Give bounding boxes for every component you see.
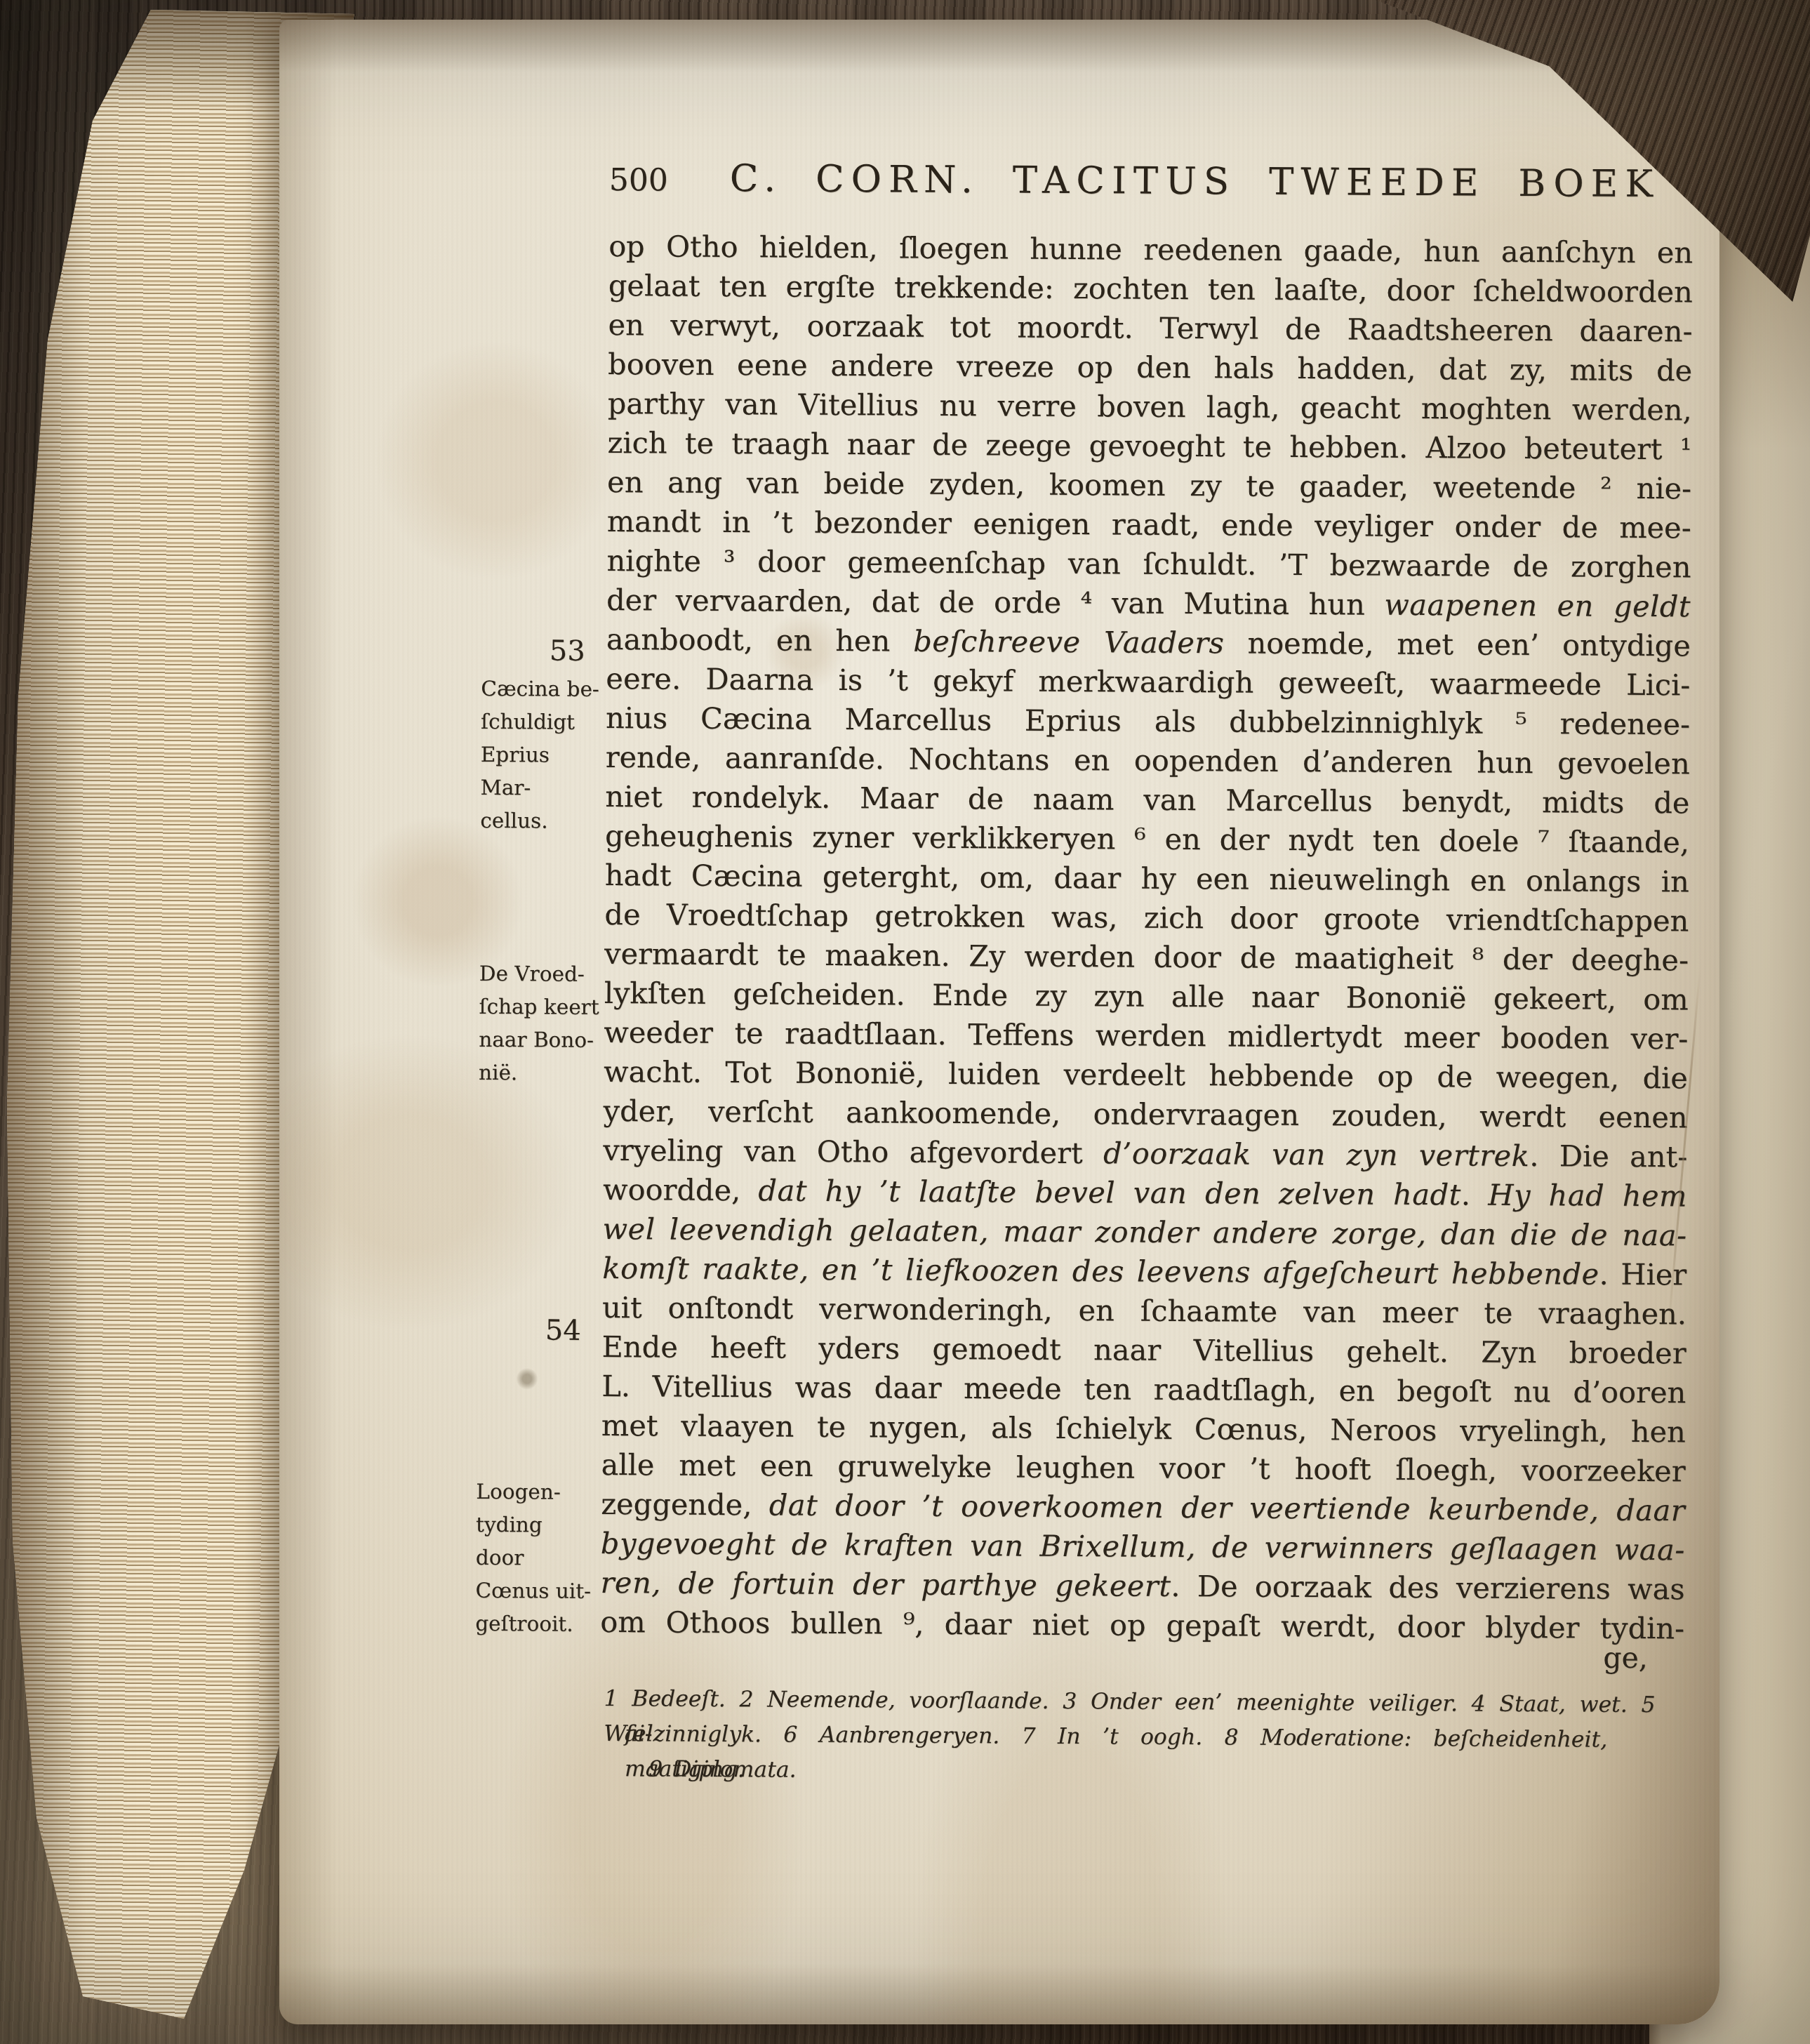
text-line: nius Cæcina Marcellus Eprius als dubbelz… (606, 698, 1690, 744)
text-segment: nius Cæcina Marcellus Eprius als dubbelz… (606, 701, 1690, 741)
text-line: hadt Cæcina geterght, om, daar hy een ni… (605, 856, 1689, 901)
text-line: weeder te raadtſlaan. Teffens werden mid… (604, 1013, 1688, 1058)
text-segment: zeggende, (601, 1487, 769, 1522)
text-segment: hadt Cæcina geterght, om, daar hy een ni… (605, 858, 1689, 898)
book-page: 500C. CORN. TACITUS TWEEDE BOEK 53 Cæcin… (279, 20, 1719, 2024)
page-header: 500C. CORN. TACITUS TWEEDE BOEK (608, 157, 1693, 226)
page-number: 500 (609, 162, 668, 199)
text-segment: vryeling van Otho afgevordert (603, 1133, 1103, 1170)
text-line: L. Vitellius was daar meede ten raadtſla… (601, 1367, 1686, 1412)
margin-note-line: nië. (479, 1056, 599, 1090)
text-segment: yder, verſcht aankoomende, ondervraagen … (604, 1094, 1688, 1134)
text-line: wel leevendigh gelaaten, maar zonder and… (602, 1209, 1686, 1255)
catchword: ge, (1603, 1641, 1648, 1675)
margin-note-line: Loogen- (476, 1475, 597, 1509)
margin-note-line: ſchap keert (479, 990, 599, 1024)
margin-note-vroedschap: De Vroed-ſchap keertnaar Bono-nië. (479, 957, 600, 1090)
printed-text-area: 500C. CORN. TACITUS TWEEDE BOEK 53 Cæcin… (599, 157, 1693, 1918)
text-line: met vlaayen te nygen, als ſchielyk Cœnus… (601, 1406, 1686, 1452)
text-segment: Ende heeft yders gemoedt naar Vitellius … (601, 1329, 1686, 1370)
text-line: op Otho hielden, ſloegen hunne reedenen … (608, 227, 1693, 272)
italic-segment: Hy had hem (1488, 1178, 1687, 1214)
text-line: booven eene andere vreeze op den hals ha… (608, 345, 1692, 390)
running-title: C. CORN. TACITUS TWEEDE BOEK (730, 157, 1661, 206)
margin-note-line: ſchuldigt (481, 705, 601, 739)
text-segment: rende, aanranſde. Nochtans en oopenden d… (606, 740, 1690, 781)
text-line: ren, de fortuin der parthye gekeert. De … (600, 1563, 1684, 1609)
text-segment: met vlaayen te nygen, als ſchielyk Cœnus… (601, 1408, 1686, 1449)
text-line: mandt in ’t bezonder eenigen raadt, ende… (607, 502, 1691, 547)
italic-segment: wel leevendigh gelaaten, maar zonder and… (603, 1212, 1687, 1252)
book-photo: 500C. CORN. TACITUS TWEEDE BOEK 53 Cæcin… (0, 0, 1810, 2044)
margin-note-line: Eprius Mar- (480, 738, 601, 805)
text-segment: niet rondelyk. Maar de naam van Marcellu… (605, 779, 1689, 820)
text-line: aanboodt, en hen beſchreeve Vaaders noem… (606, 620, 1691, 665)
italic-segment: beſchreeve Vaaders (913, 624, 1225, 661)
text-segment: booven eene andere vreeze op den hals ha… (608, 347, 1692, 387)
margin-note-line: naar Bono- (479, 1023, 599, 1057)
text-segment: L. Vitellius was daar meede ten raadtſla… (601, 1369, 1686, 1409)
text-line: uit onſtondt verwonderingh, en ſchaamte … (602, 1288, 1686, 1334)
text-segment: weeder te raadtſlaan. Teffens werden mid… (604, 1015, 1688, 1056)
italic-segment: waapenen en geldt (1384, 588, 1691, 624)
text-segment: . Die ant- (1529, 1139, 1687, 1174)
text-segment: vermaardt te maaken. Zy werden door de m… (604, 936, 1689, 977)
text-line: bygevoeght de kraften van Brixellum, de … (601, 1524, 1685, 1569)
section-number-53: 53 (508, 635, 585, 668)
section-number-54: 54 (504, 1314, 581, 1347)
margin-note-caecina: Cæcina be-ſchuldigtEprius Mar-cellus. (480, 672, 601, 838)
text-line: de Vroedtſchap getrokken was, zich door … (604, 895, 1689, 941)
text-segment: alle met een gruwelyke leughen voor ’t h… (601, 1447, 1685, 1488)
text-line: zich te traagh naar de zeege gevoeght te… (607, 423, 1691, 469)
text-line: nighte ³ door gemeenſchap van ſchuldt. ’… (606, 541, 1691, 587)
footnote-line: 1 Bedeeſt. 2 Neemende, voorſlaande. 3 On… (604, 1681, 1655, 1723)
text-line: komſt raakte, en ’t liefkoozen des leeve… (602, 1249, 1686, 1294)
italic-segment: bygevoeght de kraften van Brixellum, de … (601, 1526, 1685, 1567)
text-segment: . (1461, 1177, 1489, 1212)
text-line: gelaat ten ergſte trekkende: zochten ten… (608, 266, 1693, 312)
text-segment: de Vroedtſchap getrokken was, zich door … (604, 897, 1689, 938)
text-segment: en ang van beide zyden, koomen zy te gaa… (607, 465, 1691, 505)
text-segment: parthy van Vitellius nu verre boven lagh… (608, 386, 1692, 427)
margin-note-loogen: Loogen-tyding doorCœnus uit-geſtrooit. (475, 1475, 597, 1641)
text-segment: eere. Daarna is ’t gekyf merkwaardigh ge… (606, 661, 1690, 702)
margin-note-line: Cœnus uit- (475, 1574, 596, 1608)
footnotes: 1 Bedeeſt. 2 Neemende, voorſlaande. 3 On… (604, 1681, 1656, 1793)
italic-segment: dat door ’t ooverkoomen der veertiende k… (769, 1487, 1686, 1527)
margin-note-line: Cæcina be- (481, 672, 601, 706)
text-segment: noemde, met een’ ontydige (1224, 625, 1691, 663)
text-line: zeggende, dat door ’t ooverkoomen der ve… (601, 1485, 1685, 1530)
text-line: vermaardt te maaken. Zy werden door de m… (604, 934, 1689, 980)
text-line: niet rondelyk. Maar de naam van Marcellu… (605, 777, 1689, 823)
text-line: eere. Daarna is ’t gekyf merkwaardigh ge… (606, 659, 1690, 705)
text-segment: der vervaarden, dat de orde ⁴ van Mutina… (606, 583, 1385, 622)
text-line: lykſten geſcheiden. Ende zy zyn alle naa… (604, 974, 1689, 1019)
text-line: der vervaarden, dat de orde ⁴ van Mutina… (606, 580, 1691, 626)
text-segment: wacht. Tot Bononië, luiden verdeelt hebb… (604, 1054, 1688, 1095)
text-line: vryeling van Otho afgevordert d’oorzaak … (603, 1131, 1687, 1176)
body-text: op Otho hielden, ſloegen hunne reedenen … (600, 227, 1693, 1648)
margin-note-line: De Vroed- (479, 957, 600, 991)
text-segment: om Othoos bullen ⁹, daar niet op gepaſt … (600, 1605, 1684, 1645)
text-segment: gelaat ten ergſte trekkende: zochten ten… (608, 268, 1693, 309)
italic-segment: d’oorzaak van zyn vertrek (1103, 1136, 1530, 1173)
text-segment: op Otho hielden, ſloegen hunne reedenen … (608, 229, 1693, 270)
margin-note-line: tyding door (476, 1508, 597, 1575)
text-line: om Othoos bullen ⁹, daar niet op gepaſt … (600, 1602, 1684, 1648)
text-segment: nighte ³ door gemeenſchap van ſchuldt. ’… (606, 543, 1691, 584)
text-segment: mandt in ’t bezonder eenigen raadt, ende… (607, 504, 1691, 545)
text-segment: en verwyt, oorzaak tot moordt. Terwyl de… (608, 307, 1692, 348)
margin-note-line: geſtrooit. (475, 1607, 596, 1641)
text-line: en verwyt, oorzaak tot moordt. Terwyl de… (608, 305, 1692, 351)
text-line: Ende heeft yders gemoedt naar Vitellius … (601, 1327, 1686, 1373)
margin-note-line: cellus. (480, 804, 601, 838)
text-line: alle met een gruwelyke leughen voor ’t h… (601, 1445, 1685, 1491)
text-line: yder, verſcht aankoomende, ondervraagen … (604, 1091, 1688, 1137)
text-segment: uit onſtondt verwonderingh, en ſchaamte … (602, 1290, 1686, 1331)
text-line: wacht. Tot Bononië, luiden verdeelt hebb… (604, 1052, 1688, 1098)
text-line: geheughenis zyner verklikkeryen ⁶ en der… (605, 816, 1689, 862)
text-segment: geheughenis zyner verklikkeryen ⁶ en der… (605, 818, 1689, 859)
text-segment: . De oorzaak des verzierens was (1171, 1569, 1684, 1606)
text-segment: lykſten geſcheiden. Ende zy zyn alle naa… (604, 976, 1689, 1016)
text-segment: woordde, (603, 1172, 759, 1207)
footnote-line: felzinniglyk. 6 Aanbrengeryen. 7 In ’t o… (604, 1716, 1607, 1758)
text-line: woordde, dat hy ’t laatſte bevel van den… (603, 1170, 1687, 1216)
italic-segment: dat hy ’t laatſte bevel van den zelven h… (758, 1173, 1461, 1212)
italic-segment: komſt raakte, en ’t liefkoozen des leeve… (602, 1251, 1599, 1292)
text-line: parthy van Vitellius nu verre boven lagh… (608, 384, 1692, 430)
text-line: en ang van beide zyden, koomen zy te gaa… (607, 463, 1691, 508)
text-segment: aanboodt, en hen (606, 622, 914, 658)
text-line: rende, aanranſde. Nochtans en oopenden d… (606, 738, 1690, 783)
italic-segment: ren, de fortuin der parthye gekeert (600, 1565, 1171, 1603)
text-segment: zich te traagh naar de zeege gevoeght te… (607, 425, 1691, 466)
